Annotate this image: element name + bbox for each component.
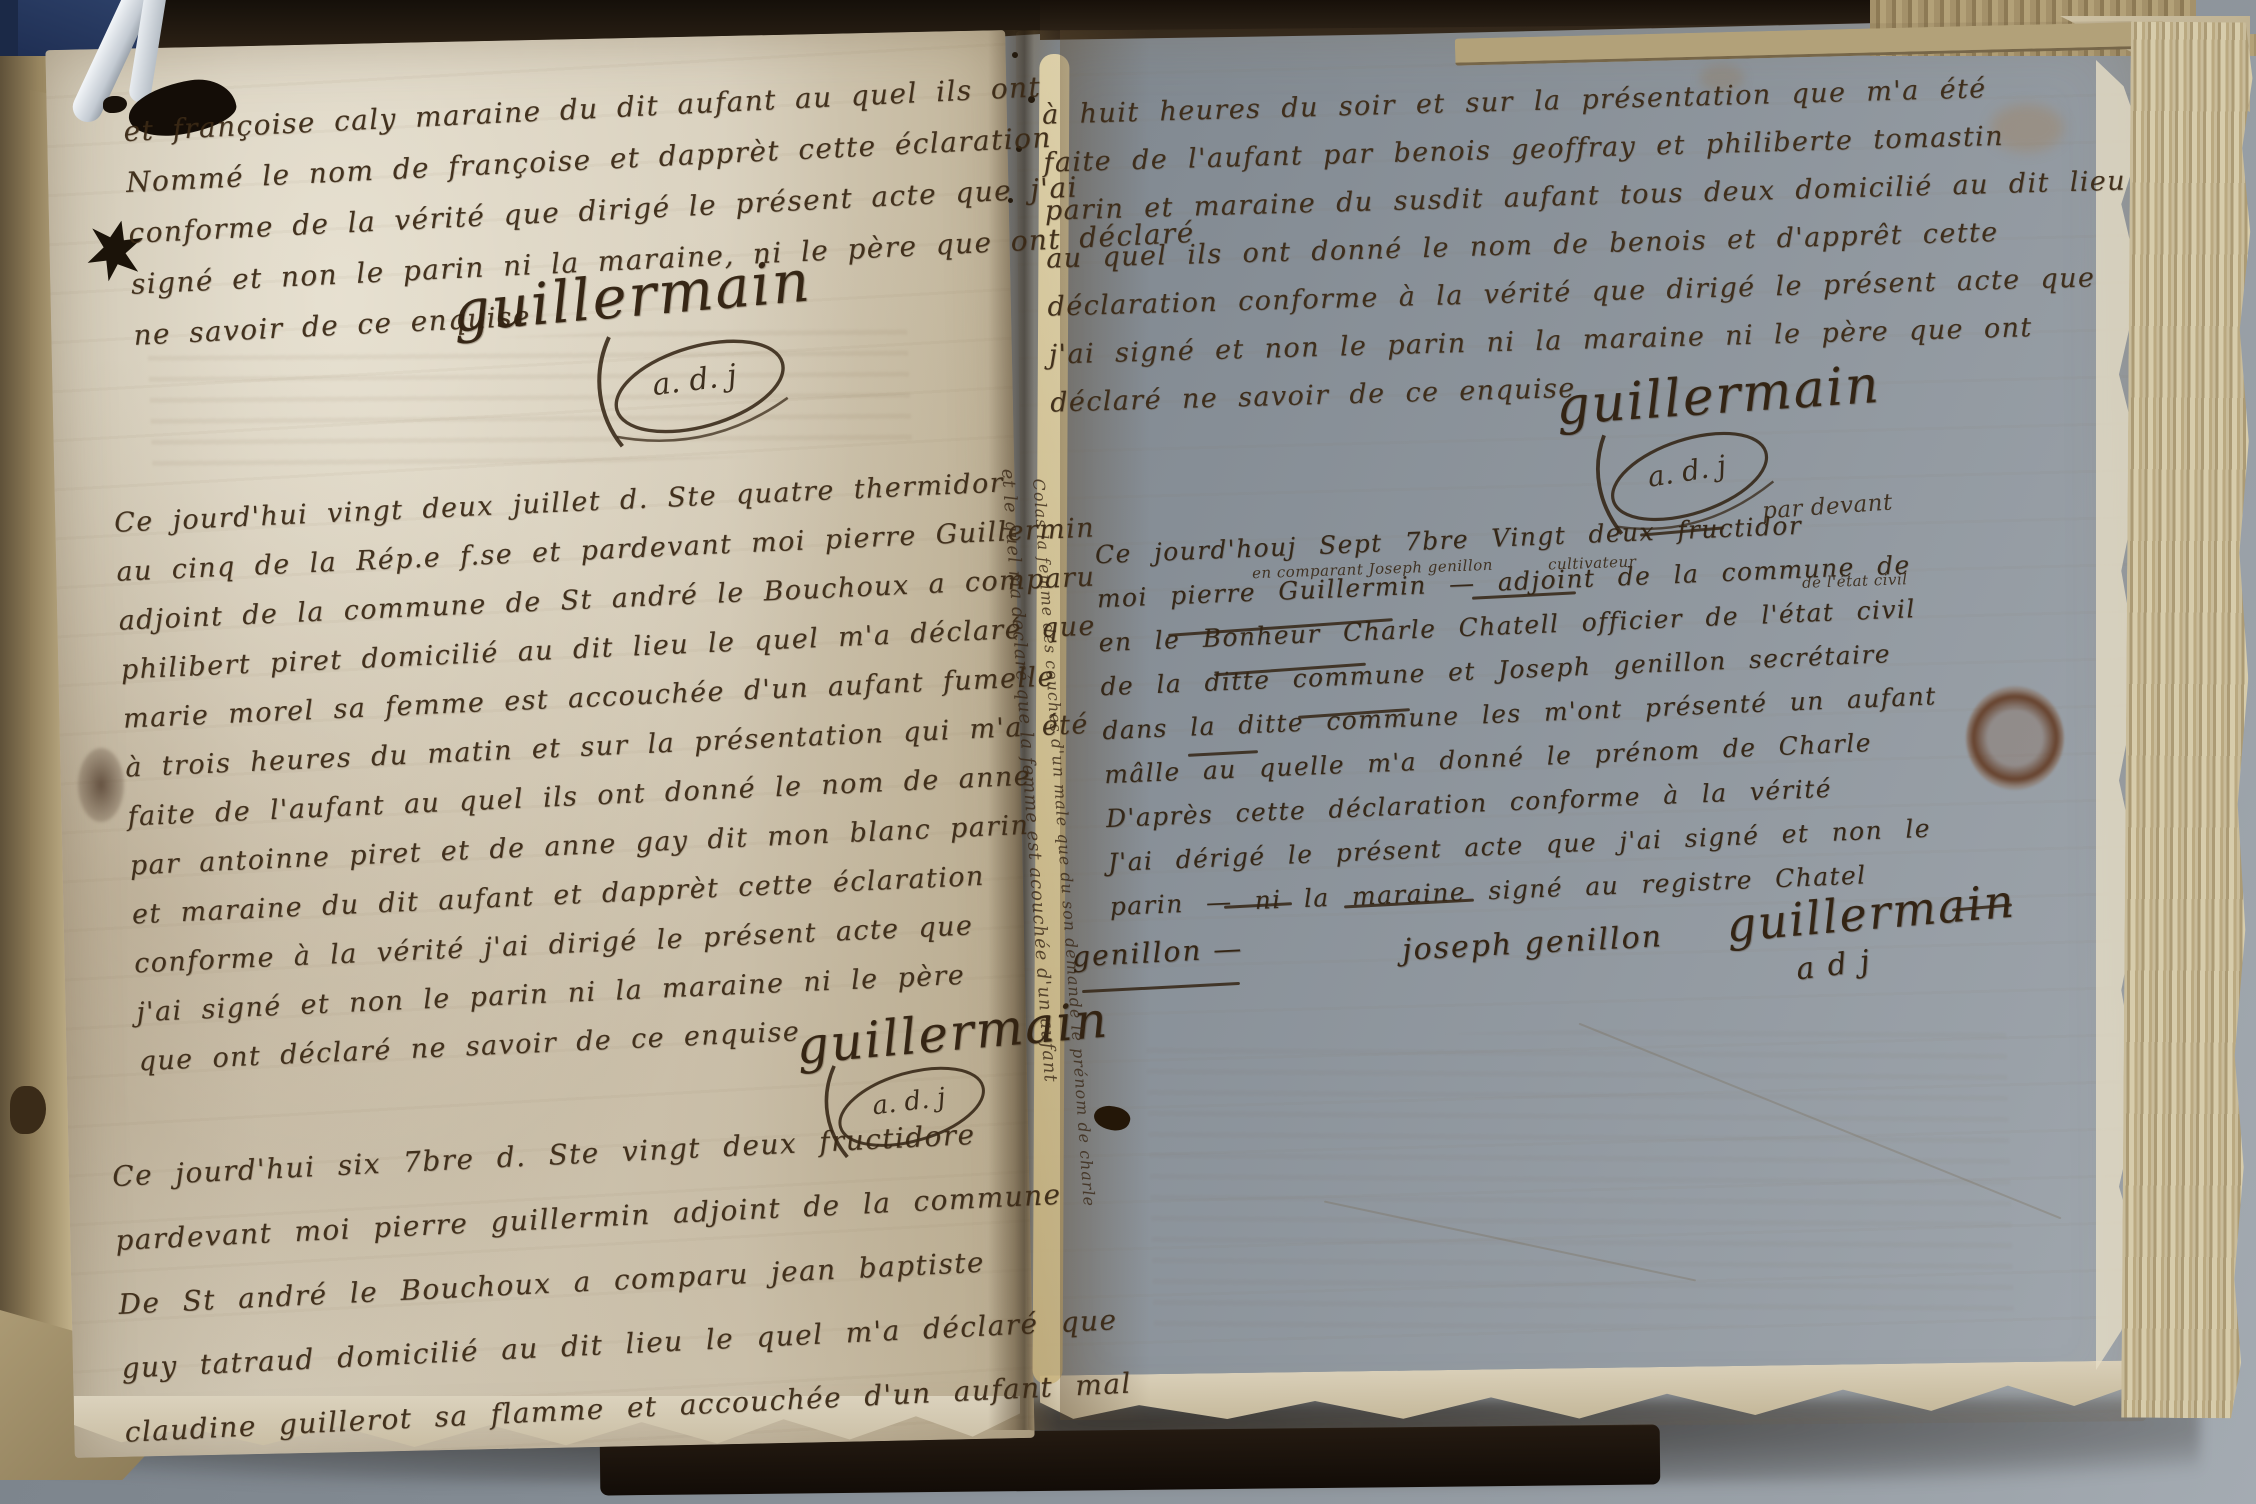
- photo-of-open-register: et françoise caly maraine du dit aufant …: [0, 0, 2256, 1504]
- left-entry-2: Ce jourd'hui vingt deux juillet d. Ste q…: [113, 458, 1049, 1087]
- insertion-cultivateur: cultivateur: [1548, 552, 1637, 573]
- insertion-etat-civil: de l'état civil: [1802, 570, 1908, 592]
- right-entry-1: à huit heures du soir et sur la présenta…: [1042, 60, 2171, 427]
- left-entry-3: Ce jourd'hui six 7bre d. Ste vingt deux …: [111, 1099, 1066, 1465]
- ink-bleedthrough-2: [1146, 1018, 2014, 1342]
- margin-smudge: [78, 748, 124, 822]
- gutter-dot-1: [1012, 52, 1018, 58]
